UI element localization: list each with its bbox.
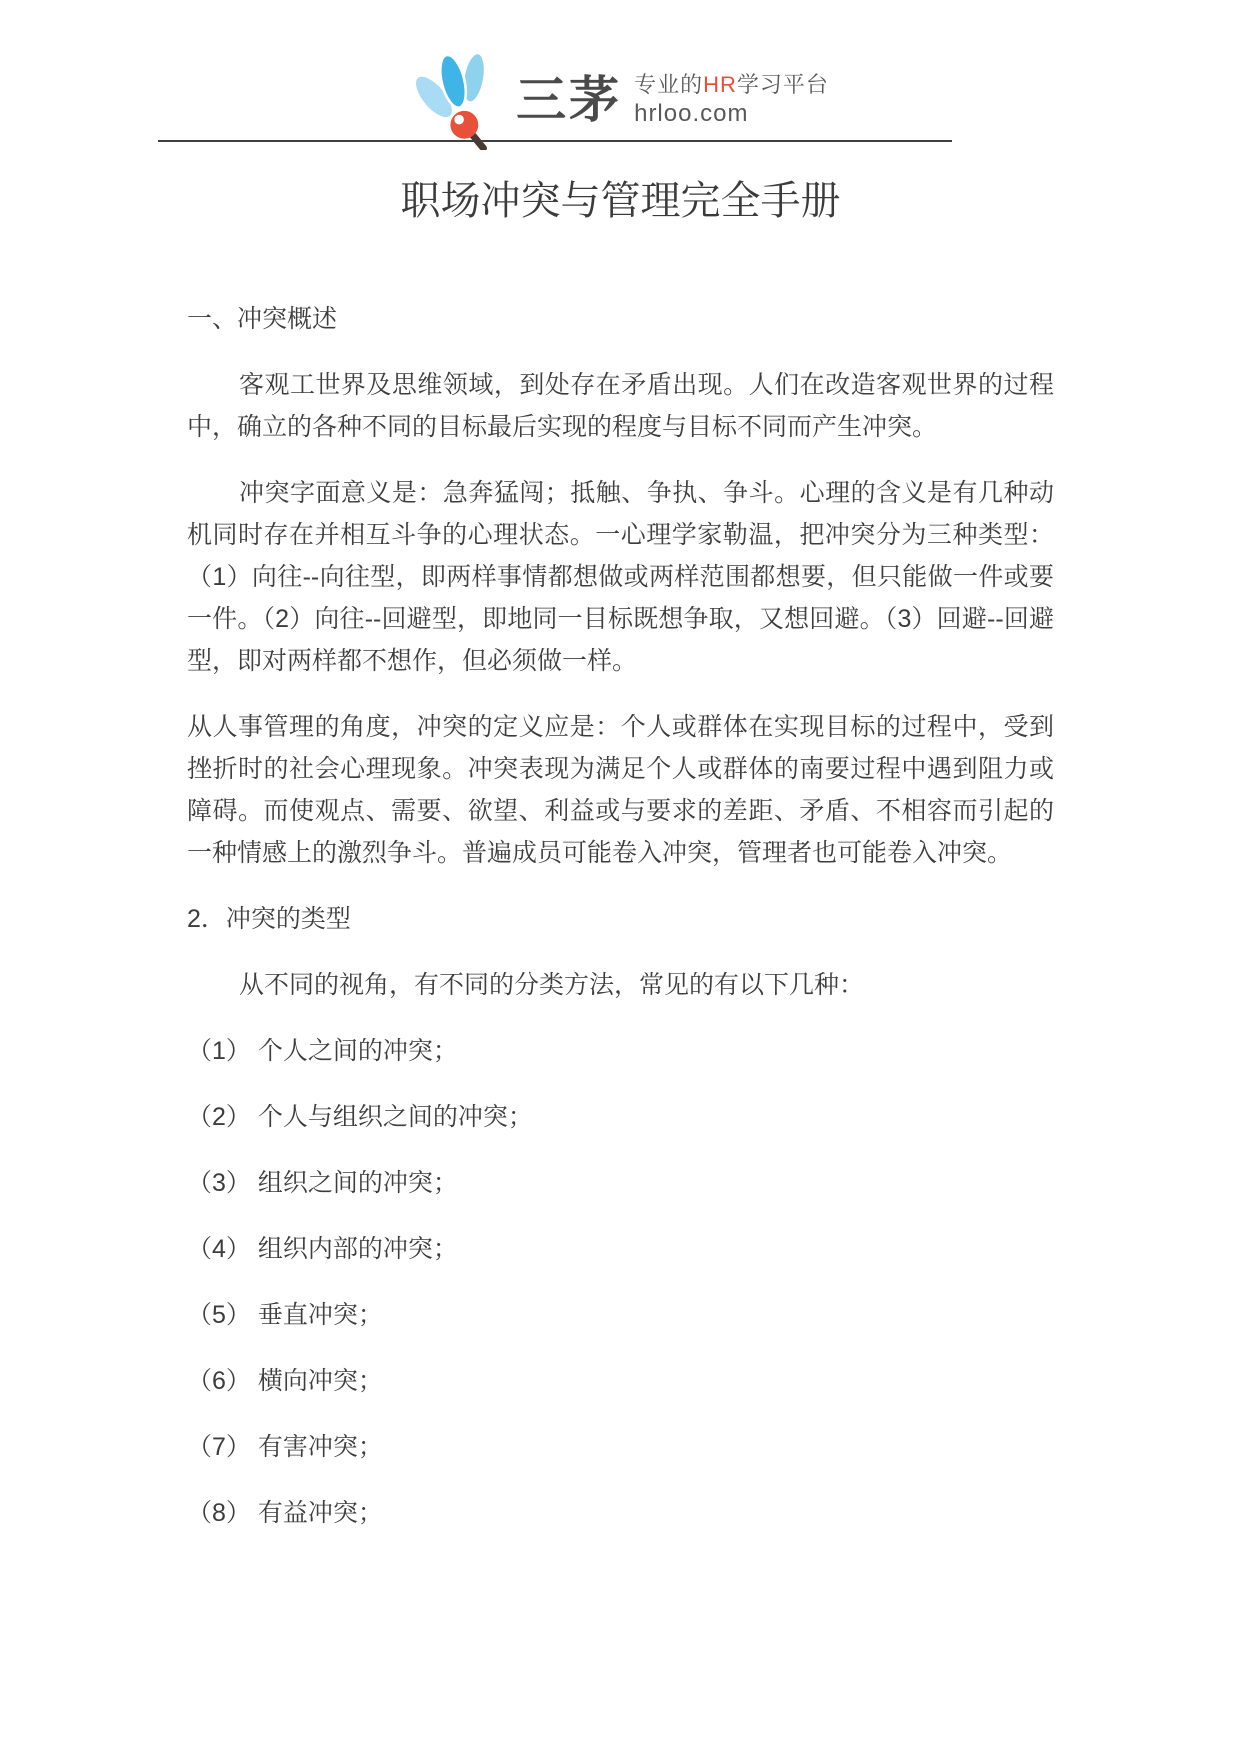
paragraph: 客观工世界及思维领域，到处存在矛盾出现。人们在改造客观世界的过程中，确立的各种不… xyxy=(187,364,1054,448)
document-title: 职场冲突与管理完全手册 xyxy=(0,176,1241,226)
list-item: （5） 垂直冲突； xyxy=(187,1294,1054,1336)
document-body: 一、冲突概述客观工世界及思维领域，到处存在矛盾出现。人们在改造客观世界的过程中，… xyxy=(0,298,1241,1534)
logo-text: 三茅 xyxy=(516,75,622,125)
document-page: 三茅 专业的HR学习平台 hrloo.com 职场冲突与管理完全手册 一、冲突概… xyxy=(0,0,1241,1754)
hrloo-logo: 三茅 专业的HR学习平台 hrloo.com xyxy=(412,50,829,150)
tagline-suffix: 学习平台 xyxy=(737,72,829,97)
list-item: （2） 个人与组织之间的冲突； xyxy=(187,1096,1054,1138)
logo-subtext: 专业的HR学习平台 hrloo.com xyxy=(634,71,829,130)
website-text: hrloo.com xyxy=(634,98,829,129)
list-item: （7） 有害冲突； xyxy=(187,1426,1054,1468)
tagline-hr-highlight: HR xyxy=(703,72,737,97)
tagline-prefix: 专业的 xyxy=(634,72,703,97)
list-item: （4） 组织内部的冲突； xyxy=(187,1228,1054,1270)
header-divider xyxy=(158,140,952,142)
paragraph: 从不同的视角，有不同的分类方法，常见的有以下几种： xyxy=(187,964,1054,1006)
section-heading: 2．冲突的类型 xyxy=(187,898,1054,940)
paragraph: 冲突字面意义是：急奔猛闯；抵触、争执、争斗。心理的含义是有几种动机同时存在并相互… xyxy=(187,472,1054,682)
list-item: （3） 组织之间的冲突； xyxy=(187,1162,1054,1204)
paragraph: 从人事管理的角度，冲突的定义应是：个人或群体在实现目标的过程中，受到挫折时的社会… xyxy=(187,706,1054,874)
logo-tagline: 专业的HR学习平台 xyxy=(634,71,829,99)
feather-duster-icon xyxy=(412,50,508,150)
section-heading: 一、冲突概述 xyxy=(187,298,1054,340)
list-item: （6） 横向冲突； xyxy=(187,1360,1054,1402)
page-header: 三茅 专业的HR学习平台 hrloo.com xyxy=(0,0,1241,142)
list-item: （8） 有益冲突； xyxy=(187,1492,1054,1534)
list-item: （1） 个人之间的冲突； xyxy=(187,1030,1054,1072)
